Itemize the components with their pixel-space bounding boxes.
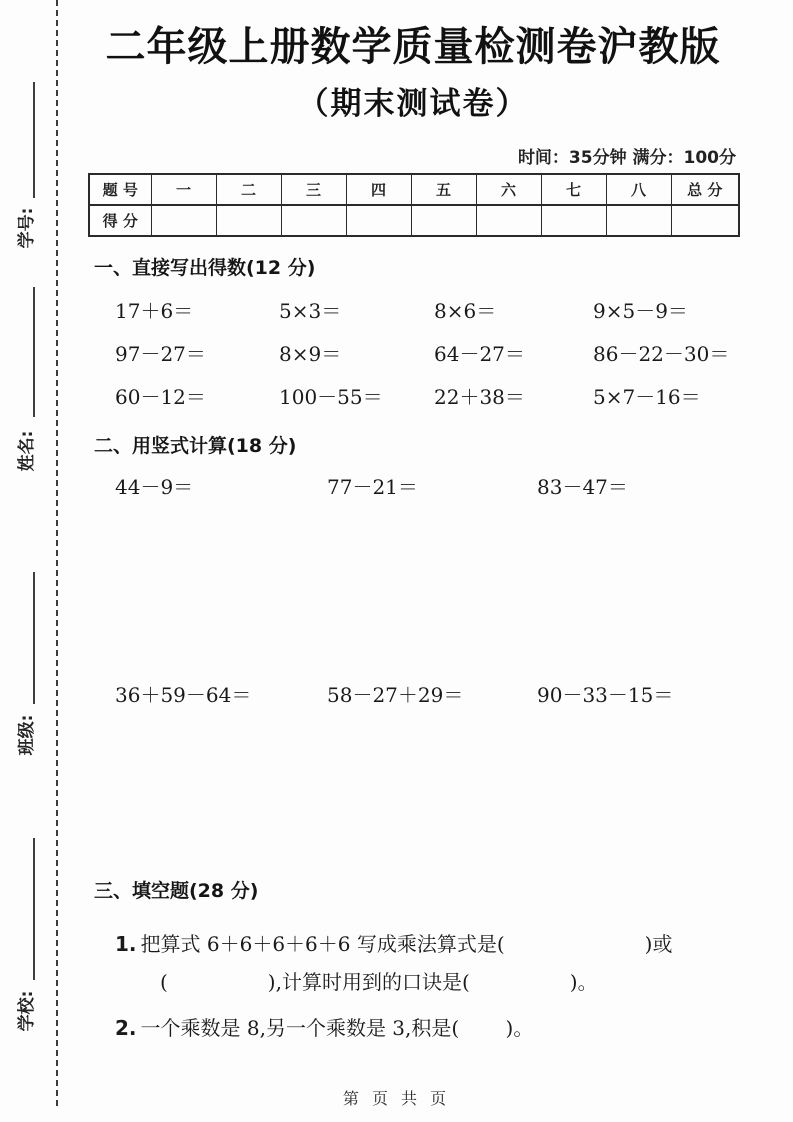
problem: 60－12＝ — [115, 381, 279, 410]
item-text: 一个乘数是 8,另一个乘数是 3,积是( )。 — [141, 1016, 534, 1040]
score-cell — [346, 205, 411, 236]
column-header: 七 — [541, 174, 606, 205]
main-content: 二年级上册数学质量检测卷沪教版 （期末测试卷） 时间：35分钟 满分：100分 … — [88, 0, 738, 1047]
score-cell — [411, 205, 476, 236]
score-cell — [541, 205, 606, 236]
student-id-label: 学号: — [1, 205, 47, 251]
problem: 36＋59－64＝ — [115, 679, 327, 708]
class-write-line — [33, 572, 35, 704]
column-header: 二 — [216, 174, 281, 205]
student-name-label: 姓名: — [1, 428, 47, 474]
score-table: 题 号 一 二 三 四 五 六 七 八 总 分 得 分 — [88, 173, 740, 237]
column-header: 六 — [476, 174, 541, 205]
problem: 9×5－9＝ — [593, 295, 738, 324]
section-2-problems-row-2: 36＋59－64＝ 58－27＋29＝ 90－33－15＝ — [88, 678, 738, 708]
problem: 64－27＝ — [434, 338, 593, 367]
item-number: 1. — [115, 932, 137, 956]
fill-in-item-1-line-2: ( ),计算时用到的口诀是( )。 — [115, 963, 738, 1001]
score-cell — [476, 205, 541, 236]
section-2-heading: 二、用竖式计算(18 分) — [94, 431, 738, 458]
student-name-write-line — [33, 287, 35, 417]
page-footer: 第 页 共 页 — [0, 1086, 793, 1109]
test-paper-page: 学号: 姓名: 班级: 学校: 二年级上册数学质量检测卷沪教版 （期末测试卷） … — [0, 0, 793, 1122]
score-cell — [606, 205, 671, 236]
problem: 5×7－16＝ — [593, 381, 738, 410]
class-label: 班级: — [1, 712, 47, 758]
column-header: 八 — [606, 174, 671, 205]
problem: 5×3＝ — [279, 295, 434, 324]
score-table-header-row: 题 号 一 二 三 四 五 六 七 八 总 分 — [89, 174, 739, 205]
problem: 77－21＝ — [327, 471, 537, 500]
fill-in-item-1-line-1: 1.把算式 6＋6＋6＋6＋6 写成乘法算式是( )或 — [115, 925, 738, 963]
score-table-score-row: 得 分 — [89, 205, 739, 236]
problem: 8×6＝ — [434, 295, 593, 324]
problem: 100－55＝ — [279, 381, 434, 410]
problem: 90－33－15＝ — [537, 679, 738, 708]
problem: 8×9＝ — [279, 338, 434, 367]
school-label: 学校: — [1, 988, 47, 1034]
section-1-problems: 17＋6＝ 5×3＝ 8×6＝ 9×5－9＝ 97－27＝ 8×9＝ 64－27… — [88, 288, 738, 417]
problem: 97－27＝ — [115, 338, 279, 367]
column-header: 四 — [346, 174, 411, 205]
exam-time-score-info: 时间：35分钟 满分：100分 — [88, 143, 738, 168]
student-id-write-line — [33, 82, 35, 198]
page-title: 二年级上册数学质量检测卷沪教版 — [88, 0, 738, 72]
column-header: 三 — [281, 174, 346, 205]
item-number: 2. — [115, 1016, 137, 1040]
page-subtitle: （期末测试卷） — [88, 78, 738, 123]
problem: 86－22－30＝ — [593, 338, 738, 367]
score-cell — [151, 205, 216, 236]
score-cell — [216, 205, 281, 236]
fill-in-item-1: 1.把算式 6＋6＋6＋6＋6 写成乘法算式是( )或 ( ),计算时用到的口诀… — [88, 925, 738, 1001]
fill-in-item-2-line-1: 2.一个乘数是 8,另一个乘数是 3,积是( )。 — [115, 1009, 738, 1047]
column-header: 五 — [411, 174, 476, 205]
section-1-heading: 一、直接写出得数(12 分) — [94, 253, 738, 280]
score-cell — [281, 205, 346, 236]
section-2-problems-row-1: 44－9＝ 77－21＝ 83－47＝ — [88, 470, 738, 500]
question-number-label: 题 号 — [89, 174, 151, 205]
score-label: 得 分 — [89, 205, 151, 236]
school-write-line — [33, 838, 35, 980]
section-3-heading: 三、填空题(28 分) — [94, 876, 738, 903]
problem: 22＋38＝ — [434, 381, 593, 410]
problem: 83－47＝ — [537, 471, 738, 500]
item-text: 把算式 6＋6＋6＋6＋6 写成乘法算式是( )或 — [141, 932, 673, 956]
problem: 17＋6＝ — [115, 295, 279, 324]
vertical-calculation-workspace — [88, 500, 738, 678]
fill-in-item-2: 2.一个乘数是 8,另一个乘数是 3,积是( )。 — [88, 1009, 738, 1047]
problem: 58－27＋29＝ — [327, 679, 537, 708]
score-cell — [671, 205, 739, 236]
cut-dashed-line — [56, 0, 58, 1106]
column-header: 一 — [151, 174, 216, 205]
column-header: 总 分 — [671, 174, 739, 205]
problem: 44－9＝ — [115, 471, 327, 500]
